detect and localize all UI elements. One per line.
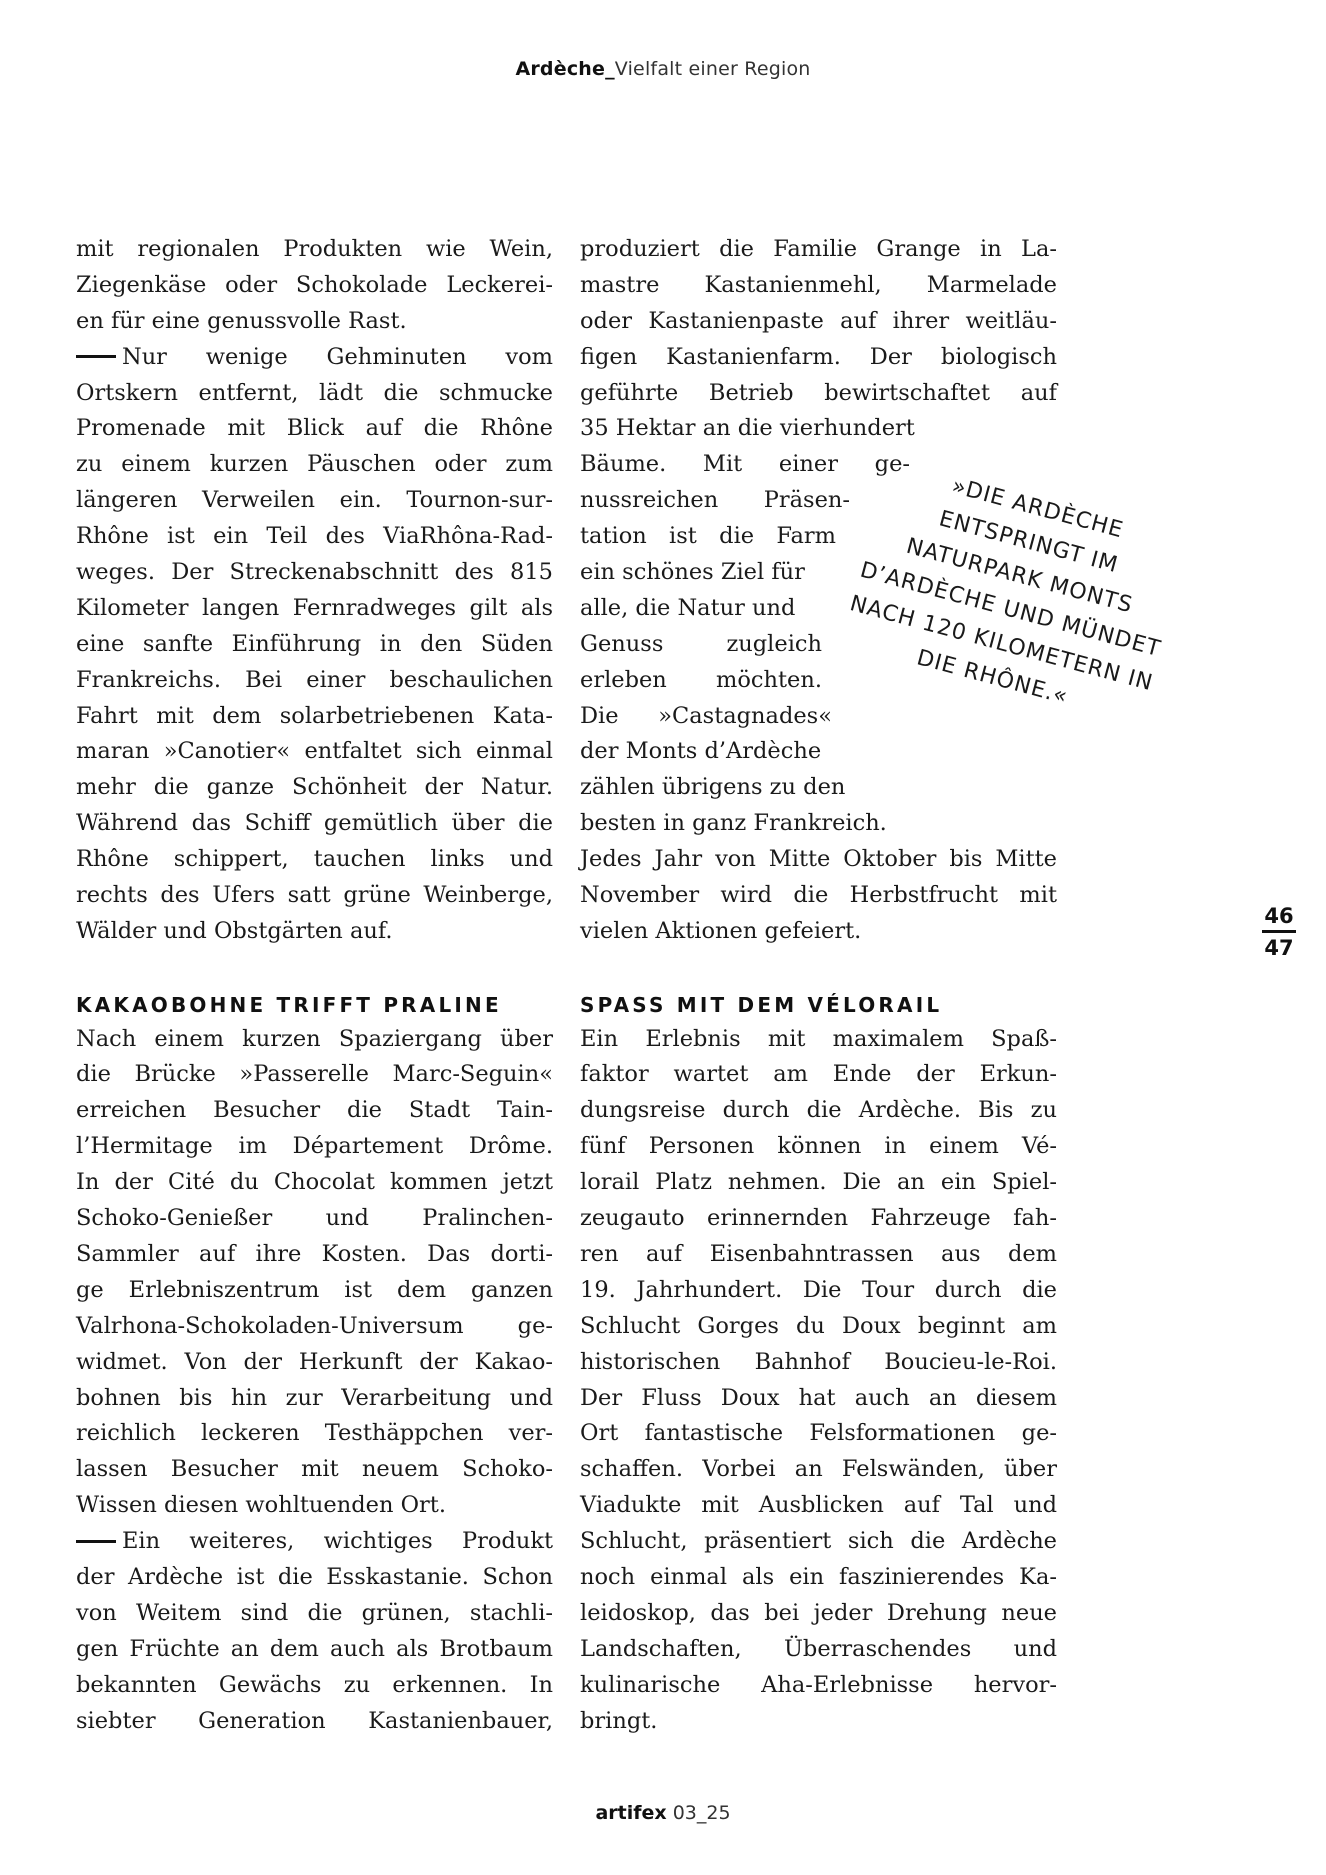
text-line: noch einmal als ein faszinierendes Ka-	[580, 1560, 1057, 1596]
text-line: Fahrt mit dem solarbetriebenen Kata-	[76, 699, 553, 735]
text-line: weges. Der Streckenabschnitt des 815	[76, 555, 553, 591]
text-line: Während das Schiff gemütlich über die	[76, 806, 553, 842]
text-line: ge Erlebniszentrum ist dem ganzen	[76, 1273, 553, 1309]
text-line: Kilometer langen Fernradweges gilt als	[76, 591, 553, 627]
text-line: Landschaften, Überraschendes und	[580, 1632, 1057, 1668]
text-line: oder Kastanienpaste auf ihrer weitläu-	[580, 304, 1057, 340]
paragraph-start-line: Nur wenige Gehminuten vom	[76, 340, 553, 376]
text-line: bringt.	[580, 1704, 1057, 1740]
page-number-right: 47	[1262, 937, 1296, 959]
text-line: Jedes Jahr von Mitte Oktober bis Mitte	[580, 842, 1057, 878]
text-line: Ort fantastische Felsformationen ge-	[580, 1416, 1057, 1452]
running-header: Ardèche_Vielfalt einer Region	[0, 58, 1326, 80]
text-line: mastre Kastanienmehl, Marmelade	[580, 268, 1057, 304]
text-line: schaffen. Vorbei an Felswänden, über	[580, 1452, 1057, 1488]
text-line: Schlucht Gorges du Doux beginnt am	[580, 1309, 1057, 1345]
text-line: Ein weiteres, wichtiges Produkt	[122, 1524, 553, 1560]
right-column: produziert die Familie Grange in La- mas…	[580, 232, 1057, 1739]
text-line: längeren Verweilen ein. Tournon-sur-	[76, 483, 553, 519]
text-line: mehr die ganze Schönheit der Natur.	[76, 770, 553, 806]
text-line: kulinarische Aha-Erlebnisse hervor-	[580, 1668, 1057, 1704]
section-heading: KAKAOBOHNE TRIFFT PRALINE	[76, 986, 553, 1022]
text-line: der Ardèche ist die Esskastanie. Schon	[76, 1560, 553, 1596]
text-line: Sammler auf ihre Kosten. Das dorti-	[76, 1237, 553, 1273]
text-line: Viadukte mit Ausblicken auf Tal und	[580, 1488, 1057, 1524]
section-heading: SPASS MIT DEM VÉLORAIL	[580, 986, 1057, 1022]
spacer	[76, 950, 553, 986]
text-line: erleben möchten.	[580, 663, 822, 699]
text-line: leidoskop, das bei jeder Drehung neue	[580, 1596, 1057, 1632]
paragraph-dash	[76, 1540, 116, 1543]
text-line: zu einem kurzen Päuschen oder zum	[76, 447, 553, 483]
text-line: siebter Generation Kastanienbauer,	[76, 1704, 553, 1740]
text-line: eine sanfte Einführung in den Süden	[76, 627, 553, 663]
text-line: dungsreise durch die Ardèche. Bis zu	[580, 1093, 1057, 1129]
text-line: lorail Platz nehmen. Die an ein Spiel-	[580, 1165, 1057, 1201]
text-line: zählen übrigens zu den	[580, 770, 1057, 806]
text-line: 35 Hektar an die vierhundert	[580, 411, 1057, 447]
text-line: Rhône schippert, tauchen links und	[76, 842, 553, 878]
text-line: tation ist die Farm	[580, 519, 836, 555]
text-line: l’Hermitage im Département Drôme.	[76, 1129, 553, 1165]
text-line: rechts des Ufers satt grüne Weinberge,	[76, 878, 553, 914]
page-numbers: 46 47	[1262, 905, 1296, 959]
text-line: Wälder und Obstgärten auf.	[76, 914, 553, 950]
text-line: 19. Jahrhundert. Die Tour durch die	[580, 1273, 1057, 1309]
text-line: nussreichen Präsen-	[580, 483, 850, 519]
page-number-divider	[1262, 930, 1296, 933]
text-line: bekannten Gewächs zu erkennen. In	[76, 1668, 553, 1704]
text-line: Genuss zugleich	[580, 627, 822, 663]
text-line: Schoko-Genießer und Pralinchen-	[76, 1201, 553, 1237]
text-line: Frankreichs. Bei einer beschaulichen	[76, 663, 553, 699]
text-line: Schlucht, präsentiert sich die Ardèche	[580, 1524, 1057, 1560]
text-line: erreichen Besucher die Stadt Tain-	[76, 1093, 553, 1129]
left-column: mit regionalen Produkten wie Wein, Ziege…	[76, 232, 553, 1739]
text-line: widmet. Von der Herkunft der Kakao-	[76, 1345, 553, 1381]
text-line: Wissen diesen wohltuenden Ort.	[76, 1488, 553, 1524]
text-line: November wird die Herbstfrucht mit	[580, 878, 1057, 914]
text-line: Valrhona-Schokoladen-Universum ge-	[76, 1309, 553, 1345]
text-line: zeugauto erinnernden Fahrzeuge fah-	[580, 1201, 1057, 1237]
text-line: Ziegenkäse oder Schokolade Leckerei-	[76, 268, 553, 304]
text-line: Promenade mit Blick auf die Rhône	[76, 411, 553, 447]
text-line: maran »Canotier« entfaltet sich einmal	[76, 734, 553, 770]
paragraph-dash	[76, 355, 116, 358]
text-line: produziert die Familie Grange in La-	[580, 232, 1057, 268]
spacer	[580, 950, 1057, 986]
text-line: lassen Besucher mit neuem Schoko-	[76, 1452, 553, 1488]
text-line: geführte Betrieb bewirtschaftet auf	[580, 376, 1057, 412]
text-line: en für eine genussvolle Rast.	[76, 304, 553, 340]
header-subtitle: Vielfalt einer Region	[615, 58, 811, 80]
text-line: reichlich leckeren Testhäppchen ver-	[76, 1416, 553, 1452]
text-line: historischen Bahnhof Boucieu-le-Roi.	[580, 1345, 1057, 1381]
text-line: fünf Personen können in einem Vé-	[580, 1129, 1057, 1165]
text-line: figen Kastanienfarm. Der biologisch	[580, 340, 1057, 376]
text-line: von Weitem sind die grünen, stachli-	[76, 1596, 553, 1632]
magazine-name: artifex	[595, 1802, 666, 1824]
paragraph-start-line: Ein weiteres, wichtiges Produkt	[76, 1524, 553, 1560]
header-brand: Ardèche_	[515, 58, 614, 80]
issue-number: 03_25	[673, 1802, 731, 1824]
text-line: Der Fluss Doux hat auch an diesem	[580, 1381, 1057, 1417]
text-line: bohnen bis hin zur Verarbeitung und	[76, 1381, 553, 1417]
text-line: Ortskern entfernt, lädt die schmucke	[76, 376, 553, 412]
text-line: In der Cité du Chocolat kommen jetzt	[76, 1165, 553, 1201]
text-line: Die »Castagnades«	[580, 699, 832, 735]
text-line: Ein Erlebnis mit maximalem Spaß-	[580, 1022, 1057, 1058]
text-line: besten in ganz Frankreich.	[580, 806, 1057, 842]
page-number-left: 46	[1262, 905, 1296, 927]
text-line: Rhône ist ein Teil des ViaRhôna-Rad-	[76, 519, 553, 555]
text-line: gen Früchte an dem auch als Brotbaum	[76, 1632, 553, 1668]
text-line: Nach einem kurzen Spaziergang über	[76, 1022, 553, 1058]
text-line: die Brücke »Passerelle Marc-Seguin«	[76, 1057, 553, 1093]
text-line: mit regionalen Produkten wie Wein,	[76, 232, 553, 268]
text-line: faktor wartet am Ende der Erkun-	[580, 1057, 1057, 1093]
text-line: vielen Aktionen gefeiert.	[580, 914, 1057, 950]
text-line: der Monts d’Ardèche	[580, 734, 1057, 770]
text-line: ren auf Eisenbahntrassen aus dem	[580, 1237, 1057, 1273]
text-line: Nur wenige Gehminuten vom	[122, 340, 553, 376]
running-footer: artifex 03_25	[0, 1802, 1326, 1824]
